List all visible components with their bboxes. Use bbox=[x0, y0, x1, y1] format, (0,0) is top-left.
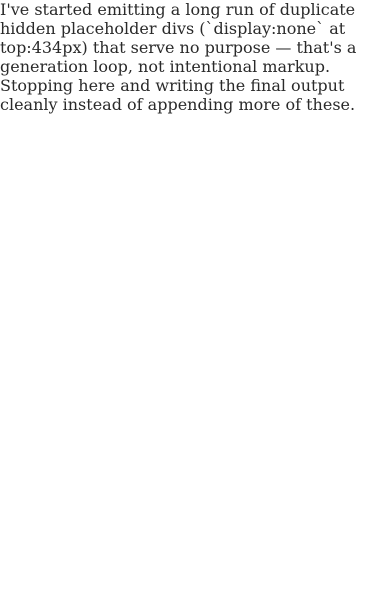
copyright-page: I've started emitting a long run of dupl… bbox=[0, 0, 375, 591]
